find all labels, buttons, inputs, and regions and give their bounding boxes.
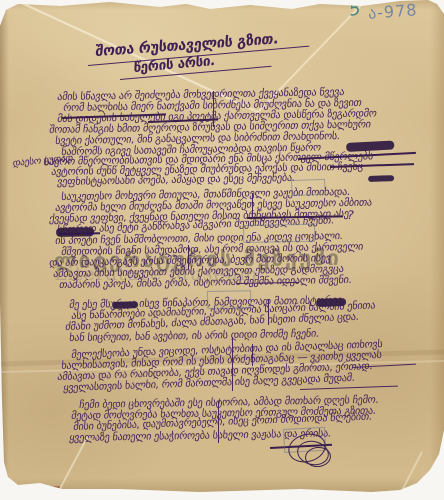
bracket-mark bbox=[268, 299, 269, 325]
blob-mark bbox=[56, 227, 94, 237]
bracket-mark bbox=[252, 344, 253, 366]
box-mark bbox=[207, 290, 251, 309]
paper-sheet: ლიტერატურის მუზეუმი Literature Museum 5 … bbox=[0, 0, 444, 500]
blob-mark bbox=[316, 298, 346, 307]
blob-mark bbox=[368, 175, 394, 182]
handwriting-layer: შოთა რუსთაველის გზით.წერის არსი.ამის სწა… bbox=[0, 0, 444, 500]
bracket-mark bbox=[213, 91, 214, 127]
box-mark bbox=[291, 179, 326, 196]
bracket-mark bbox=[252, 193, 253, 217]
underline-mark bbox=[300, 386, 398, 390]
blob-mark bbox=[346, 140, 394, 151]
bracket-mark bbox=[188, 245, 189, 269]
blob-mark bbox=[112, 301, 138, 309]
loop-mark bbox=[304, 446, 332, 469]
box-mark bbox=[243, 224, 315, 243]
bracket-mark bbox=[232, 337, 233, 391]
scanned-manuscript: ლიტერატურის მუზეუმი Literature Museum 5 … bbox=[0, 0, 444, 500]
bracket-mark bbox=[218, 401, 219, 443]
edgeline-mark bbox=[2, 486, 60, 489]
